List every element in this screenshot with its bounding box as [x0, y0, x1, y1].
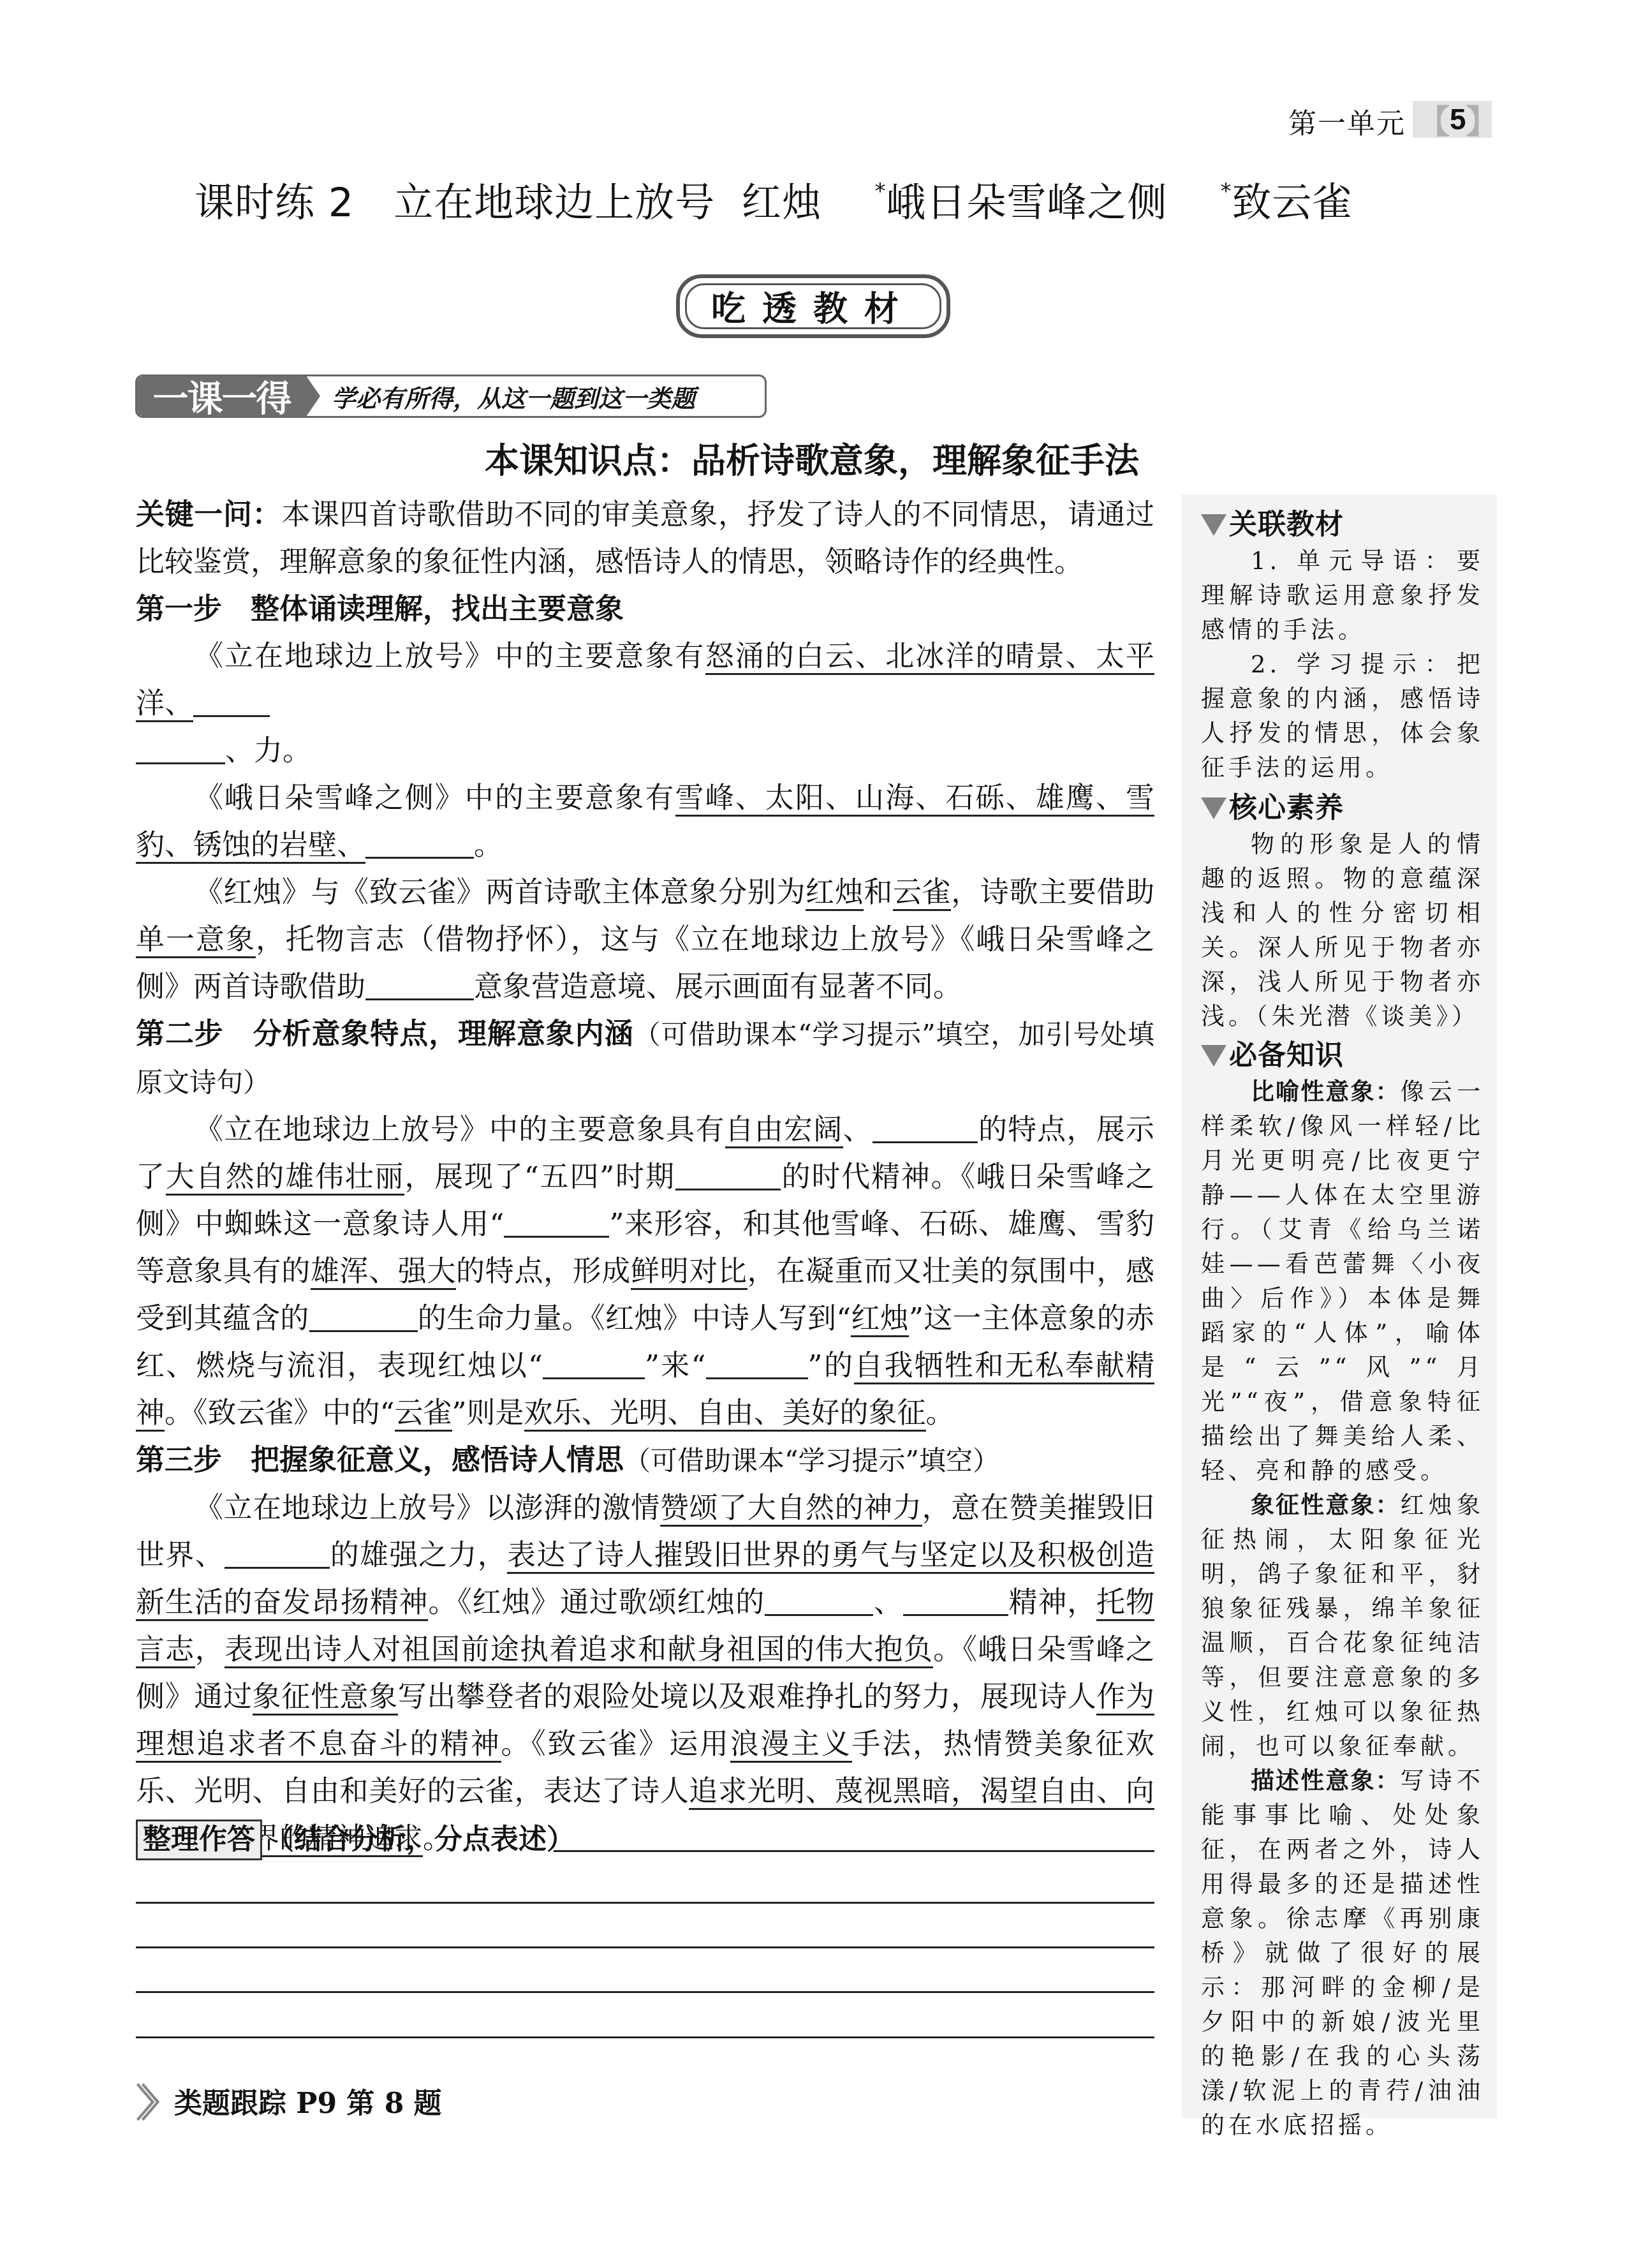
fill-blank[interactable] — [675, 1155, 781, 1190]
fill-blank[interactable] — [136, 729, 225, 764]
sidebar-heading-related-textbook: 关联教材 — [1201, 506, 1484, 544]
text: 、 — [843, 1113, 872, 1146]
text: 《峨日朵雪峰之侧》中的主要意象有 — [195, 781, 675, 815]
heading-text: 必备知识 — [1229, 1037, 1344, 1075]
text: ”的 — [808, 1349, 855, 1382]
term: 比喻性意象： — [1251, 1078, 1401, 1106]
lesson-title: 课时练 2 立在地球边上放号 红烛 *峨日朵雪峰之侧 *致云雀 — [195, 171, 1352, 228]
text: ，展现了“五四”时期 — [404, 1160, 675, 1194]
term: 象征性意象： — [1251, 1492, 1401, 1519]
underlined-answer: 红烛 — [851, 1301, 909, 1337]
underlined-answer: 雄浑、强大 — [311, 1254, 456, 1290]
fill-blank[interactable] — [706, 1344, 808, 1379]
section-banner-chitou: 吃透教材 — [676, 274, 950, 338]
underlined-answer: 象征性意象 — [253, 1680, 398, 1716]
lesson-prefix: 课时练 2 — [195, 179, 354, 226]
double-chevron-right-icon: 〉〉 — [136, 2073, 165, 2128]
page-number: 5 — [1450, 102, 1466, 137]
underlined-answer: 表现出诗人对祖国前途执着追求和献身祖国的伟大抱负 — [225, 1633, 933, 1668]
text: 写出攀登者的艰险处境以及艰难挣扎的努力，展现诗人 — [398, 1680, 1097, 1714]
key-question-text: 本课四首诗歌借助不同的审美意象，抒发了诗人的不同情思，请通过比较鉴赏，理解意象的… — [136, 498, 1154, 579]
text: 。《红烛》通过歌颂红烛的 — [428, 1585, 765, 1619]
fill-blank[interactable] — [309, 1297, 418, 1332]
sidebar-item-descriptive: 描述性意象：写诗不能事事比喻、处处象征，在两者之外，诗人用得最多的还是描述性意象… — [1201, 1764, 1484, 2143]
answer-line[interactable] — [136, 2036, 1154, 2038]
sidebar-item-symbolic: 象征性意象：红烛象征热闹，太阳象征光明，鸽子象征和平，豺狼象征残暴，绵羊象征温顺… — [1201, 1488, 1484, 1764]
fill-blank[interactable] — [903, 1581, 1008, 1616]
bracket-left-icon: 【 — [1418, 96, 1450, 142]
text: 、 — [873, 1585, 903, 1619]
text: ”来“ — [645, 1349, 706, 1382]
optional-star-icon: * — [875, 179, 887, 204]
step1-para-3: 《红烛》与《致云雀》两首诗歌主体意象分别为红烛和云雀，诗歌主要借助单一意象，托物… — [136, 869, 1154, 1011]
text: 精神， — [1008, 1585, 1096, 1619]
step1-para-2: 《峨日朵雪峰之侧》中的主要意象有雪峰、太阳、山海、石砾、雄鹰、雪豹、锈蚀的岩壁、… — [136, 775, 1154, 869]
step3-note: （可借助课本“学习提示”填空） — [624, 1445, 999, 1476]
underlined-answer: 单一意象 — [136, 923, 256, 958]
answer-line[interactable] — [136, 1946, 1154, 1948]
yike-yide-banner: 一课一得 学必有所得，从这一题到这一类题 — [135, 374, 767, 418]
poem-title-1: 立在地球边上放号 — [394, 179, 715, 226]
answer-line[interactable] — [136, 1991, 1154, 1993]
sidebar-item-metaphor: 比喻性意象：像云一样柔软/像风一样轻/比月光更明亮/比夜更宁静——人体在太空里游… — [1201, 1075, 1484, 1488]
step2-title: 第二步 分析意象特点，理解意象内涵（可借助课本“学习提示”填空，加引号处填原文诗… — [136, 1011, 1154, 1106]
underlined-answer: 鲜明对比 — [631, 1254, 747, 1290]
answer-line[interactable] — [136, 1902, 1154, 1904]
underlined-answer: 浪漫主义 — [730, 1727, 852, 1763]
fill-blank[interactable] — [365, 824, 474, 859]
yike-motto: 学必有所得，从这一题到这一类题 — [320, 379, 695, 414]
text: 《立在地球边上放号》中的主要意象具有 — [195, 1113, 725, 1146]
answer-hint: （结合分析，分点表述） — [266, 1820, 575, 1860]
term-text: 红烛象征热闹，太阳象征光明，鸽子象征和平，豺狼象征残暴，绵羊象征温顺，百合花象征… — [1201, 1492, 1484, 1760]
text: 的生命力量。《红烛》中诗人写到“ — [418, 1301, 851, 1335]
main-content: 关键一问：本课四首诗歌借助不同的审美意象，抒发了诗人的不同情思，请通过比较鉴赏，… — [136, 491, 1154, 1862]
text: 的雄强之力， — [330, 1538, 507, 1572]
text: 的特点，形成 — [456, 1254, 631, 1288]
text: 、力。 — [225, 734, 311, 767]
answer-prompt: 整理作答 （结合分析，分点表述） — [136, 1820, 575, 1860]
text: 《红烛》与《致云雀》两首诗歌主体意象分别为 — [195, 875, 806, 909]
arrow-right-icon — [306, 376, 320, 417]
text: ， — [195, 1633, 225, 1666]
text: 意象营造意境、展示画面有显著不同。 — [474, 970, 962, 1004]
triangle-down-icon — [1201, 797, 1226, 819]
poem-title-4: 致云雀 — [1232, 179, 1352, 226]
fill-blank[interactable] — [365, 965, 474, 1000]
unit-label: 第一单元 — [1288, 101, 1406, 142]
sidebar-notes: 关联教材 1. 单元导语：要理解诗歌运用意象抒发感情的手法。 2. 学习提示：把… — [1182, 494, 1497, 2118]
step2-heading: 第二步 分析意象特点，理解意象内涵 — [136, 1017, 634, 1051]
text: 和 — [864, 875, 893, 909]
fill-blank[interactable] — [543, 1344, 645, 1379]
term-text: 像云一样柔软/像风一样轻/比月光更明亮/比夜更宁静——人体在太空里游行。（艾青《… — [1201, 1078, 1484, 1485]
text: ”则是 — [452, 1396, 524, 1430]
fill-blank[interactable] — [765, 1581, 873, 1616]
underlined-answer: 自由宏阔 — [725, 1113, 843, 1148]
text: 《立在地球边上放号》中的主要意象有 — [195, 639, 705, 673]
term-text: 写诗不能事事比喻、处处象征，在两者之外，诗人用得最多的还是描述性意象。徐志摩《再… — [1201, 1767, 1484, 2139]
page-number-box: 【 5 】 — [1413, 101, 1492, 138]
text: 。《致云雀》中的“ — [165, 1396, 395, 1430]
fill-blank[interactable] — [225, 1534, 330, 1569]
fill-blank[interactable] — [193, 682, 270, 717]
sidebar-item: 2. 学习提示：把握意象的内涵，感悟诗人抒发的情思，体会象征手法的运用。 — [1201, 648, 1484, 785]
underlined-answer: 云雀 — [395, 1396, 452, 1432]
poem-title-2: 红烛 — [742, 179, 822, 226]
fill-blank[interactable] — [872, 1108, 978, 1143]
step3-title: 第三步 把握象征意义，感悟诗人情思（可借助课本“学习提示”填空） — [136, 1437, 1154, 1485]
text: ，诗歌主要借助 — [951, 875, 1154, 909]
underlined-answer: 云雀 — [893, 875, 951, 911]
heading-text: 核心素养 — [1229, 789, 1344, 827]
banner-label: 吃透教材 — [711, 282, 915, 331]
bracket-right-icon: 】 — [1466, 96, 1498, 142]
underlined-answer: 红烛 — [806, 875, 864, 911]
fill-blank[interactable] — [504, 1203, 609, 1238]
triangle-down-icon — [1201, 1045, 1226, 1067]
step1-para-1: 《立在地球边上放号》中的主要意象有怒涌的白云、北冰洋的晴景、太平洋、、力。 — [136, 633, 1154, 775]
step2-para: 《立在地球边上放号》中的主要意象具有自由宏阔、的特点，展示了大自然的雄伟壮丽，展… — [136, 1106, 1154, 1437]
answer-badge: 整理作答 — [136, 1820, 262, 1860]
sidebar-item: 1. 单元导语：要理解诗歌运用意象抒发感情的手法。 — [1201, 544, 1484, 648]
term: 描述性意象： — [1251, 1767, 1401, 1795]
step1-title: 第一步 整体诵读理解，找出主要意象 — [136, 586, 1154, 633]
step3-heading: 第三步 把握象征意义，感悟诗人情思 — [136, 1443, 624, 1477]
text: 。《致云雀》运用 — [501, 1727, 730, 1761]
sidebar-item: 物的形象是人的情趣的返照。物的意蕴深浅和人的性分密切相关。深人所见于物者亦深，浅… — [1201, 827, 1484, 1034]
sidebar-heading-core-literacy: 核心素养 — [1201, 789, 1484, 827]
underlined-answer: 赞颂了大自然的神力 — [660, 1491, 922, 1527]
tracking-text: 类题跟踪 P9 第 8 题 — [174, 2080, 442, 2121]
answer-line[interactable] — [554, 1850, 1154, 1852]
sidebar-heading-essential-knowledge: 必备知识 — [1201, 1037, 1484, 1075]
step3-para: 《立在地球边上放号》以澎湃的激情赞颂了大自然的神力，意在赞美摧毁旧世界、的雄强之… — [136, 1485, 1154, 1862]
heading-text: 关联教材 — [1229, 506, 1344, 544]
similar-question-tracking[interactable]: 〉〉 类题跟踪 P9 第 8 题 — [136, 2073, 442, 2128]
key-question-label: 关键一问： — [136, 498, 281, 531]
underlined-answer: 欢乐、光明、自由、美好的象征 — [524, 1396, 926, 1432]
optional-star-icon: * — [1220, 179, 1232, 204]
knowledge-point-title: 本课知识点：品析诗歌意象，理解象征手法 — [485, 434, 1139, 483]
text: 。 — [474, 828, 503, 862]
text: 《立在地球边上放号》以澎湃的激情 — [195, 1491, 660, 1525]
poem-title-3: 峨日朵雪峰之侧 — [887, 179, 1168, 226]
underlined-answer: 大自然的雄伟壮丽 — [166, 1160, 405, 1196]
key-question: 关键一问：本课四首诗歌借助不同的审美意象，抒发了诗人的不同情思，请通过比较鉴赏，… — [136, 491, 1154, 586]
text: 。 — [926, 1396, 955, 1430]
yike-label: 一课一得 — [137, 376, 306, 416]
triangle-down-icon — [1201, 514, 1226, 536]
